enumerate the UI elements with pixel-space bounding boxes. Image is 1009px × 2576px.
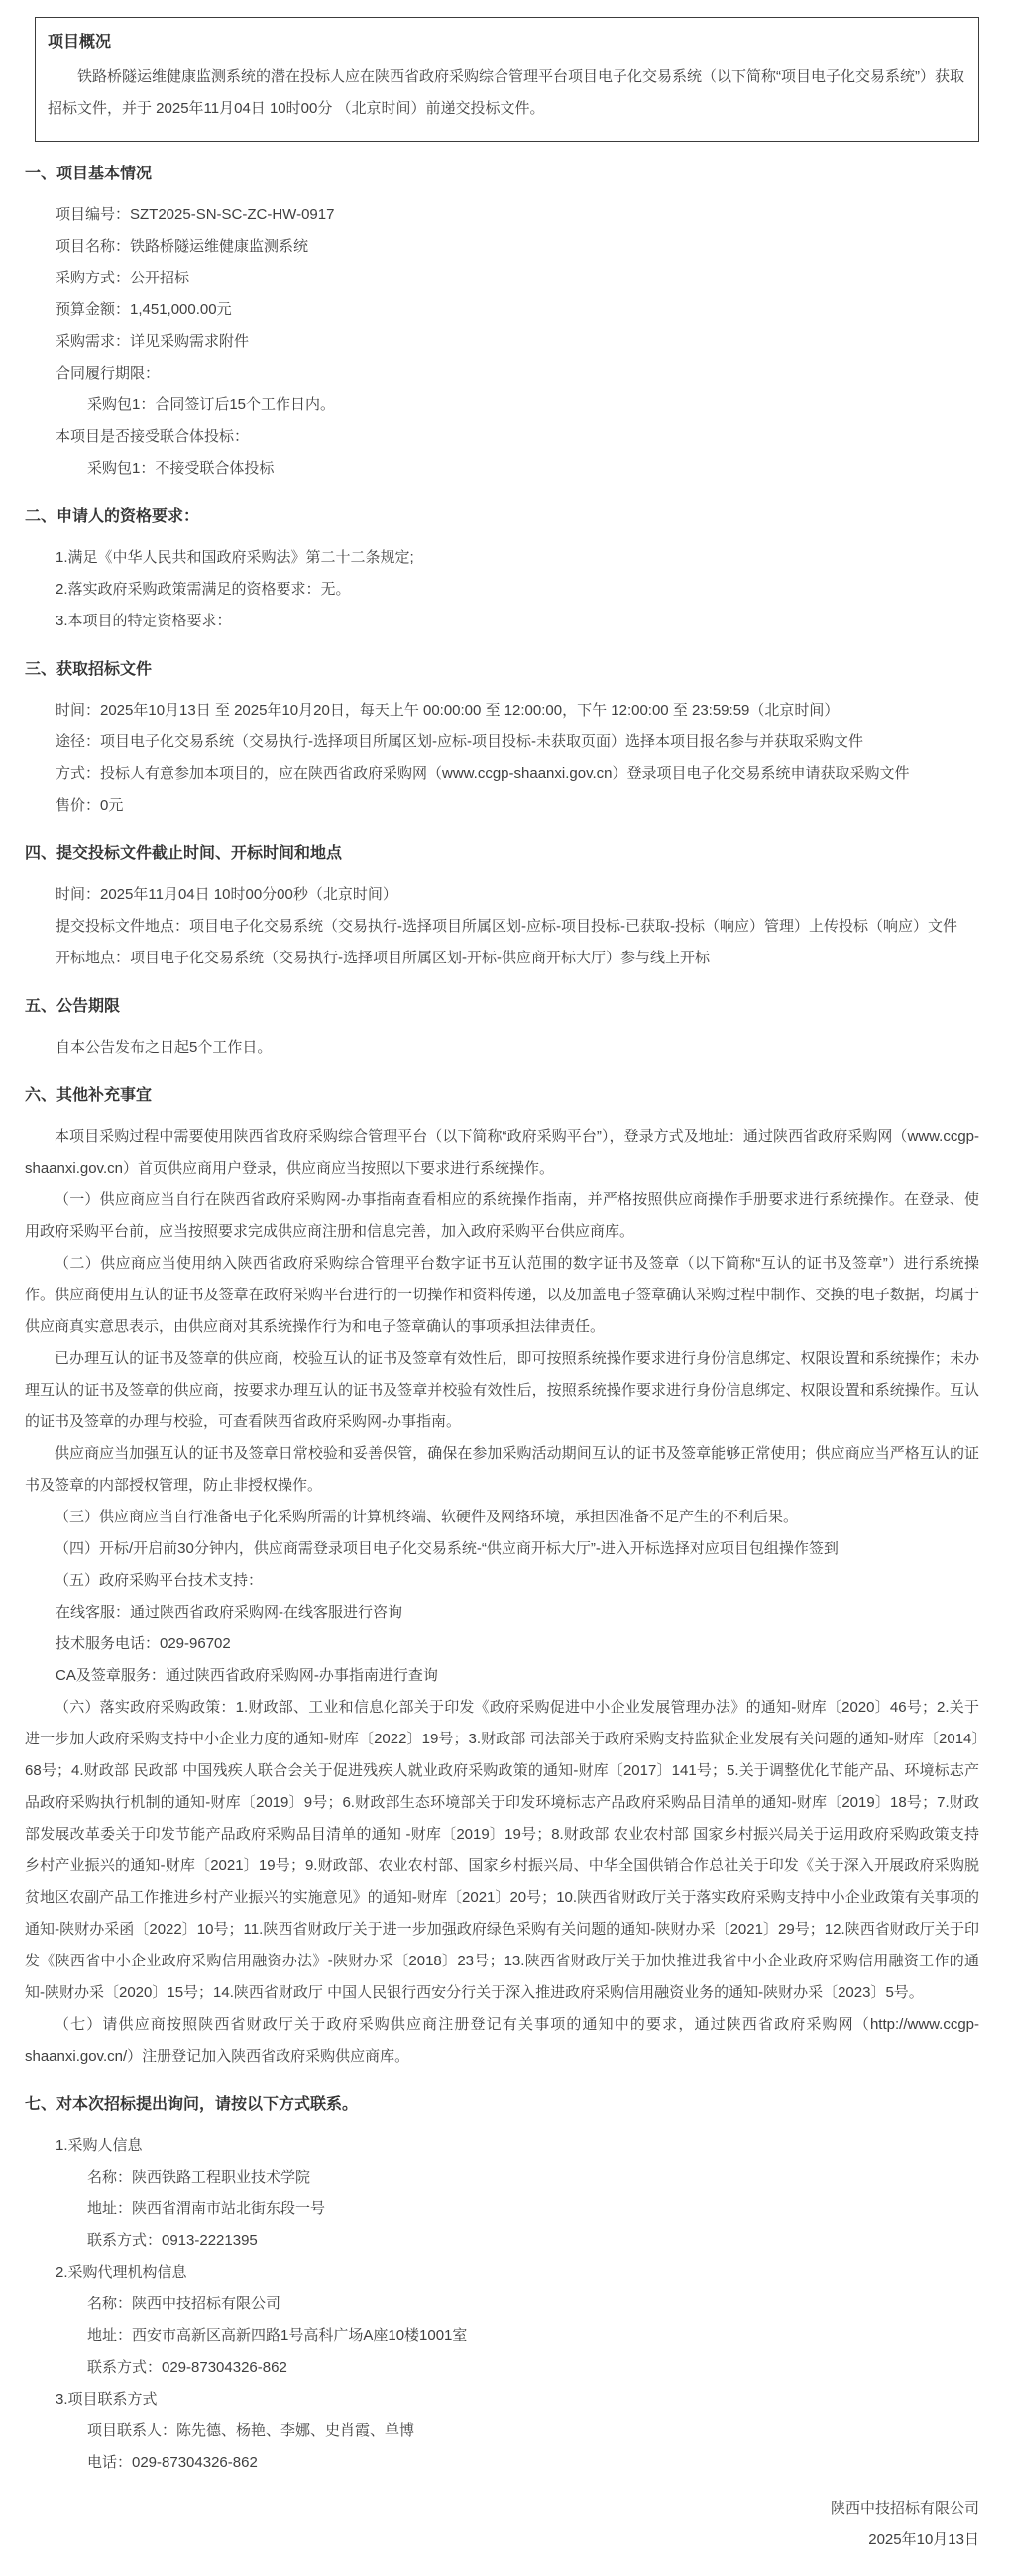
signature-company: 陕西中技招标有限公司 <box>25 2493 979 2524</box>
supplement-paragraph-intro: 本项目采购过程中需要使用陕西省政府采购综合管理平台（以下简称“政府采购平台”），… <box>25 1121 979 1184</box>
supplement-paragraph-2: （二）供应商应当使用纳入陕西省政府采购综合管理平台数字证书互认范围的数字证书及签… <box>25 1248 979 1343</box>
section-2-heading: 二、申请人的资格要求： <box>25 502 979 533</box>
section-6-heading: 六、其他补充事宜 <box>25 1080 979 1112</box>
procurement-requirement-line: 采购需求：详见采购需求附件 <box>56 326 979 358</box>
project-contact-title: 3.项目联系方式 <box>56 2384 979 2415</box>
supplement-paragraph-2c: 供应商应当加强互认的证书及签章日常校验和妥善保管，确保在参加采购活动期间互认的证… <box>25 1438 979 1502</box>
contract-period-label: 合同履行期限： <box>56 358 979 390</box>
signature-date: 2025年10月13日 <box>25 2524 979 2556</box>
purchaser-info-title: 1.采购人信息 <box>56 2130 979 2162</box>
online-service-line: 在线客服：通过陕西省政府采购网-在线客服进行咨询 <box>56 1597 979 1628</box>
obtain-time-line: 时间：2025年10月13日 至 2025年10月20日，每天上午 00:00:… <box>56 695 979 727</box>
supplement-paragraph-6-policies: （六）落实政府采购政策：1.财政部、工业和信息化部关于印发《政府采购促进中小企业… <box>25 1692 979 2009</box>
submit-location-line: 提交投标文件地点：项目电子化交易系统（交易执行-选择项目所属区划-应标-项目投标… <box>56 911 979 943</box>
qualification-item-2: 2.落实政府采购政策需满足的资格要求：无。 <box>56 574 979 606</box>
section-1-heading: 一、项目基本情况 <box>25 159 979 190</box>
supplement-paragraph-1: （一）供应商应当自行在陕西省政府采购网-办事指南查看相应的系统操作指南，并严格按… <box>25 1184 979 1248</box>
obtain-method-line: 方式：投标人有意参加本项目的，应在陕西省政府采购网（www.ccgp-shaan… <box>56 758 979 790</box>
supplement-paragraph-4: （四）开标/开启前30分钟内，供应商需登录项目电子化交易系统-“供应商开标大厅”… <box>25 1533 979 1565</box>
signature-block: 陕西中技招标有限公司 2025年10月13日 <box>25 2493 979 2556</box>
project-overview-box: 项目概况 铁路桥隧运维健康监测系统的潜在投标人应在陕西省政府采购综合管理平台项目… <box>35 17 979 142</box>
ca-signature-service-line: CA及签章服务：通过陕西省政府采购网-办事指南进行查询 <box>56 1660 979 1692</box>
purchaser-name-line: 名称：陕西铁路工程职业技术学院 <box>87 2162 979 2193</box>
section-4-heading: 四、提交投标文件截止时间、开标时间和地点 <box>25 839 979 870</box>
announcement-period-line: 自本公告发布之日起5个工作日。 <box>56 1032 979 1064</box>
section-3-heading: 三、获取招标文件 <box>25 654 979 686</box>
procurement-method-line: 采购方式：公开招标 <box>56 263 979 294</box>
tender-announcement-document: 项目概况 铁路桥隧运维健康监测系统的潜在投标人应在陕西省政府采购综合管理平台项目… <box>0 17 1009 2576</box>
agency-info-title: 2.采购代理机构信息 <box>56 2257 979 2289</box>
joint-bid-label: 本项目是否接受联合体投标： <box>56 421 979 453</box>
joint-bid-package1: 采购包1：不接受联合体投标 <box>87 453 979 485</box>
supplement-paragraph-2b: 已办理互认的证书及签章的供应商，校验互认的证书及签章有效性后，即可按照系统操作要… <box>25 1343 979 1438</box>
agency-contact-line: 联系方式：029-87304326-862 <box>87 2352 979 2384</box>
qualification-item-3: 3.本项目的特定资格要求： <box>56 606 979 637</box>
budget-amount-line: 预算金额：1,451,000.00元 <box>56 294 979 326</box>
supplement-paragraph-3: （三）供应商应当自行准备电子化采购所需的计算机终端、软硬件及网络环境，承担因准备… <box>25 1502 979 1533</box>
supplement-paragraph-7: （七）请供应商按照陕西省财政厅关于政府采购供应商注册登记有关事项的通知中的要求，… <box>25 2009 979 2072</box>
contract-period-package1: 采购包1：合同签订后15个工作日内。 <box>87 390 979 421</box>
overview-title: 项目概况 <box>48 30 964 56</box>
agency-address-line: 地址：西安市高新区高新四路1号高科广场A座10楼1001室 <box>87 2320 979 2352</box>
tech-support-phone-line: 技术服务电话：029-96702 <box>56 1628 979 1660</box>
open-bid-location-line: 开标地点：项目电子化交易系统（交易执行-选择项目所属区划-开标-供应商开标大厅）… <box>56 943 979 974</box>
qualification-item-1: 1.满足《中华人民共和国政府采购法》第二十二条规定; <box>56 542 979 574</box>
overview-paragraph: 铁路桥隧运维健康监测系统的潜在投标人应在陕西省政府采购综合管理平台项目电子化交易… <box>48 61 964 125</box>
agency-name-line: 名称：陕西中技招标有限公司 <box>87 2289 979 2320</box>
project-contact-phone-line: 电话：029-87304326-862 <box>87 2447 979 2479</box>
project-number-line: 项目编号：SZT2025-SN-SC-ZC-HW-0917 <box>56 199 979 231</box>
obtain-path-line: 途径：项目电子化交易系统（交易执行-选择项目所属区划-应标-项目投标-未获取页面… <box>56 727 979 758</box>
section-5-heading: 五、公告期限 <box>25 991 979 1023</box>
deadline-time-line: 时间：2025年11月04日 10时00分00秒（北京时间） <box>56 879 979 911</box>
purchaser-address-line: 地址：陕西省渭南市站北街东段一号 <box>87 2193 979 2225</box>
obtain-price-line: 售价：0元 <box>56 790 979 822</box>
purchaser-contact-line: 联系方式：0913-2221395 <box>87 2225 979 2257</box>
project-name-line: 项目名称：铁路桥隧运维健康监测系统 <box>56 231 979 263</box>
section-7-heading: 七、对本次招标提出询问，请按以下方式联系。 <box>25 2089 979 2121</box>
project-contact-persons-line: 项目联系人：陈先德、杨艳、李娜、史肖霞、单博 <box>87 2415 979 2447</box>
supplement-paragraph-5: （五）政府采购平台技术支持： <box>25 1565 979 1597</box>
